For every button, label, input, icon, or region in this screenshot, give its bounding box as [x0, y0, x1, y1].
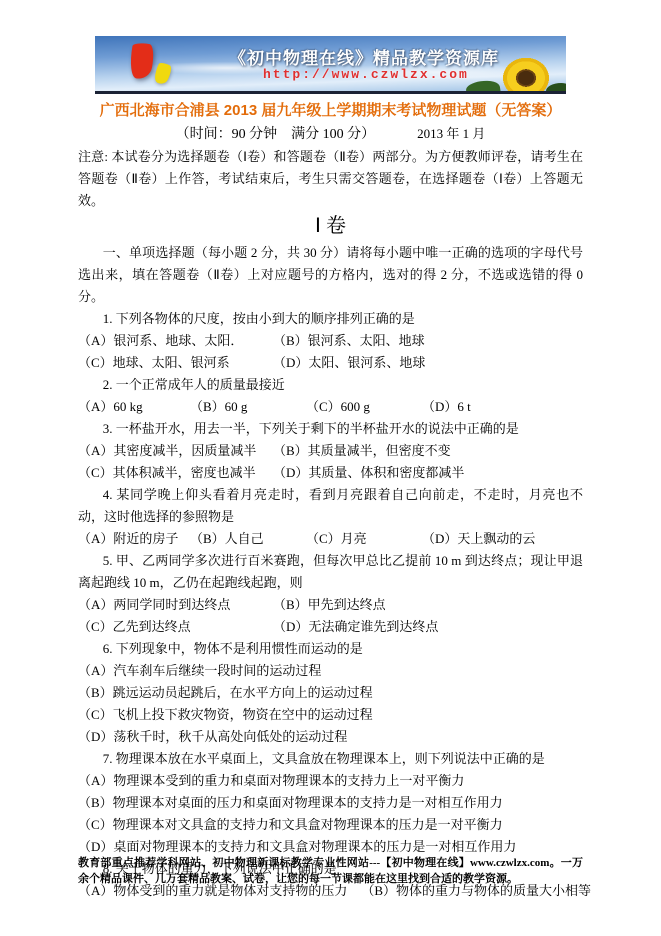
- answer-option: （B）银河系、太阳、地球: [273, 330, 583, 352]
- answer-option: （A）其密度减半，因质量减半: [78, 440, 273, 462]
- answer-option: （B）人自己: [190, 528, 306, 550]
- answer-option: （B）物理课本对桌面的压力和桌面对物理课本的支持力是一对相互作用力: [78, 792, 583, 814]
- banner-site-url: http://www.czwlzx.com: [263, 67, 469, 82]
- question-3: 3. 一杯盐开水，用去一半，下列关于剩下的半杯盐开水的说法中正确的是（A）其密度…: [78, 418, 583, 484]
- footer-text: 教育部重点推荐学科网站、初中物理新课标教学专业性网站---【初中物理在线】www…: [78, 855, 583, 887]
- leaf-decoration-icon: [465, 79, 501, 94]
- answer-option: （D）太阳、银河系、地球: [273, 352, 583, 374]
- question-1: 1. 下列各物体的尺度，按由小到大的顺序排列正确的是（A）银河系、地球、太阳．（…: [78, 308, 583, 374]
- answer-option: （A）两同学同时到达终点: [78, 594, 273, 616]
- flame-logo-icon: [127, 41, 156, 80]
- answer-option: （A）汽车刹车后继续一段时间的运动过程: [78, 660, 583, 682]
- banner-site-title: 《初中物理在线》精品教学资源库: [229, 44, 499, 69]
- answer-option: （C）月亮: [306, 528, 422, 550]
- question-options: （A）银河系、地球、太阳．（B）银河系、太阳、地球（C）地球、太阳、银河系（D）…: [78, 330, 583, 374]
- question-options: （A）其密度减半，因质量减半（B）其质量减半，但密度不变（C）其体积减半，密度也…: [78, 440, 583, 484]
- question-stem: 4. 某同学晚上仰头看着月亮走时，看到月亮跟着自己向前走，不走时，月亮也不动，这…: [78, 484, 583, 528]
- answer-option: （B）60 g: [190, 396, 306, 418]
- answer-option: （C）乙先到达终点: [78, 616, 273, 638]
- answer-option: （C）物理课本对文具盒的支持力和文具盒对物理课本的压力是一对平衡力: [78, 814, 583, 836]
- page-title: 广西北海市合浦县 2013 届九年级上学期期末考试物理试题（无答案）: [78, 101, 583, 121]
- exam-date: 2013 年 1 月: [417, 126, 485, 141]
- document-page: 《初中物理在线》精品教学资源库 http://www.czwlzx.com 广西…: [0, 0, 661, 936]
- notice-text: 注意: 本试卷分为选择题卷（Ⅰ卷）和答题卷（Ⅱ卷）两部分。为方便教师评卷，请考生…: [78, 146, 583, 212]
- answer-option: （C）其体积减半，密度也减半: [78, 462, 273, 484]
- question-stem: 5. 甲、乙两同学多次进行百米赛跑，但每次甲总比乙提前 10 m 到达终点；现让…: [78, 550, 583, 594]
- question-stem: 3. 一杯盐开水，用去一半，下列关于剩下的半杯盐开水的说法中正确的是: [78, 418, 583, 440]
- answer-option: （A）60 kg: [78, 396, 190, 418]
- question-list: 1. 下列各物体的尺度，按由小到大的顺序排列正确的是（A）银河系、地球、太阳．（…: [78, 308, 583, 902]
- answer-option: （C）飞机上投下救灾物资，物资在空中的运动过程: [78, 704, 583, 726]
- question-options: （A）汽车刹车后继续一段时间的运动过程（B）跳远运动员起跳后，在水平方向上的运动…: [78, 660, 583, 748]
- question-7: 7. 物理课本放在水平桌面上，文具盒放在物理课本上，则下列说法中正确的是（A）物…: [78, 748, 583, 858]
- section-heading: Ⅰ 卷: [78, 213, 583, 240]
- question-6: 6. 下列现象中，物体不是利用惯性而运动的是（A）汽车刹车后继续一段时间的运动过…: [78, 638, 583, 748]
- question-stem: 7. 物理课本放在水平桌面上，文具盒放在物理课本上，则下列说法中正确的是: [78, 748, 583, 770]
- question-stem: 6. 下列现象中，物体不是利用惯性而运动的是: [78, 638, 583, 660]
- question-options: （A）物理课本受到的重力和桌面对物理课本的支持力上一对平衡力（B）物理课本对桌面…: [78, 770, 583, 858]
- question-stem: 2. 一个正常成年人的质量最接近: [78, 374, 583, 396]
- answer-option: （B）甲先到达终点: [273, 594, 583, 616]
- flame-logo-accent-icon: [151, 61, 174, 86]
- answer-option: （D）6 t: [422, 396, 583, 418]
- question-4: 4. 某同学晚上仰头看着月亮走时，看到月亮跟着自己向前走，不走时，月亮也不动，这…: [78, 484, 583, 550]
- answer-option: （A）物理课本受到的重力和桌面对物理课本的支持力上一对平衡力: [78, 770, 583, 792]
- answer-option: （D）天上飘动的云: [422, 528, 583, 550]
- question-2: 2. 一个正常成年人的质量最接近（A）60 kg（B）60 g（C）600 g（…: [78, 374, 583, 418]
- time-info: （时间：90 分钟 满分 100 分）: [176, 127, 376, 142]
- answer-option: （D）其质量、体积和密度都减半: [273, 462, 583, 484]
- question-stem: 1. 下列各物体的尺度，按由小到大的顺序排列正确的是: [78, 308, 583, 330]
- section-intro: 一、单项选择题（每小题 2 分，共 30 分）请将每小题中唯一正确的选项的字母代…: [78, 242, 583, 308]
- answer-option: （D）无法确定谁先到达终点: [273, 616, 583, 638]
- question-options: （A）附近的房子（B）人自己（C）月亮（D）天上飘动的云: [78, 528, 583, 550]
- answer-option: （A）附近的房子: [78, 528, 190, 550]
- question-options: （A）两同学同时到达终点（B）甲先到达终点（C）乙先到达终点（D）无法确定谁先到…: [78, 594, 583, 638]
- question-options: （A）60 kg（B）60 g（C）600 g（D）6 t: [78, 396, 583, 418]
- answer-option: （B）其质量减半，但密度不变: [273, 440, 583, 462]
- site-banner: 《初中物理在线》精品教学资源库 http://www.czwlzx.com: [95, 36, 566, 94]
- answer-option: （A）银河系、地球、太阳．: [78, 330, 273, 352]
- sunflower-icon: [497, 55, 555, 94]
- answer-option: （D）荡秋千时，秋千从高处向低处的运动过程: [78, 726, 583, 748]
- answer-option: （B）跳远运动员起跳后，在水平方向上的运动过程: [78, 682, 583, 704]
- answer-option: （C）600 g: [306, 396, 422, 418]
- question-5: 5. 甲、乙两同学多次进行百米赛跑，但每次甲总比乙提前 10 m 到达终点；现让…: [78, 550, 583, 638]
- time-and-date-line: （时间：90 分钟 满分 100 分）2013 年 1 月: [78, 123, 583, 146]
- exam-content: 广西北海市合浦县 2013 届九年级上学期期末考试物理试题（无答案） （时间：9…: [78, 101, 583, 902]
- answer-option: （C）地球、太阳、银河系: [78, 352, 273, 374]
